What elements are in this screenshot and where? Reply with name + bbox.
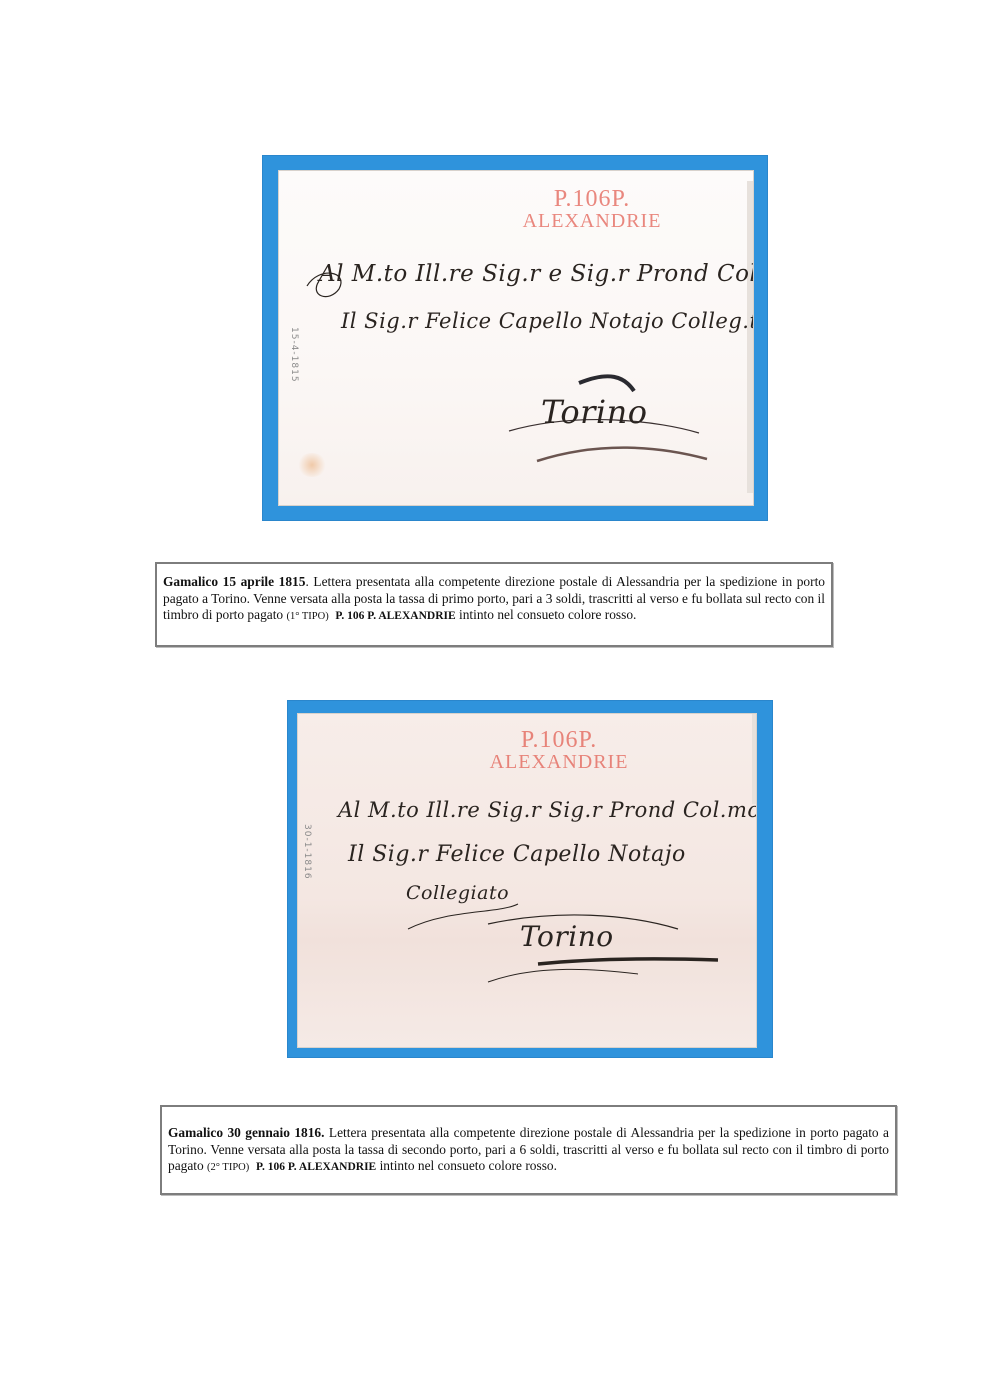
caption-2-lead: Gamalico 30 gennaio 1816. (168, 1125, 324, 1140)
letter-1-handwriting-flourish (279, 171, 753, 505)
letter-2-destination: Torino (520, 920, 614, 953)
caption-2-text-end: intinto nel consueto colore rosso. (376, 1158, 557, 1173)
letter-1-address-line2: Il Sig.r Felice Capello Notajo Colleg.to (341, 309, 754, 333)
caption-1-type-note: (1° TIPO) (286, 611, 328, 622)
caption-2-stamp-ref: P. 106 P. ALEXANDRIE (256, 1161, 376, 1173)
letter-2-caption: Gamalico 30 gennaio 1816. Lettera presen… (160, 1105, 897, 1195)
letter-1-address-line1: Al M.to Ill.re Sig.r e Sig.r Prond Col.m… (319, 261, 754, 287)
caption-2-type-note: (2° TIPO) (207, 1162, 249, 1173)
caption-1-text-end: intinto nel consueto colore rosso. (456, 607, 637, 622)
letter-2-address-line2: Il Sig.r Felice Capello Notajo (348, 842, 686, 867)
letter-2-address-line3: Collegiato (406, 882, 509, 904)
letter-2-address-line1: Al M.to Ill.re Sig.r Sig.r Prond Col.mo (338, 798, 757, 822)
letter-1-cover: P.106P. ALEXANDRIE 15-4-1815 Al M.to Ill… (278, 170, 754, 506)
letter-1-destination: Torino (541, 393, 648, 431)
letter-2-handwriting-flourish (298, 714, 756, 1047)
caption-1-stamp-ref: P. 106 P. ALEXANDRIE (335, 610, 455, 622)
letter-2-cover: P.106P. ALEXANDRIE 30-1-1816 Al M.to Ill… (297, 713, 757, 1048)
letter-1-caption: Gamalico 15 aprile 1815. Lettera present… (155, 562, 833, 647)
caption-1-lead: Gamalico 15 aprile 1815 (163, 574, 305, 589)
